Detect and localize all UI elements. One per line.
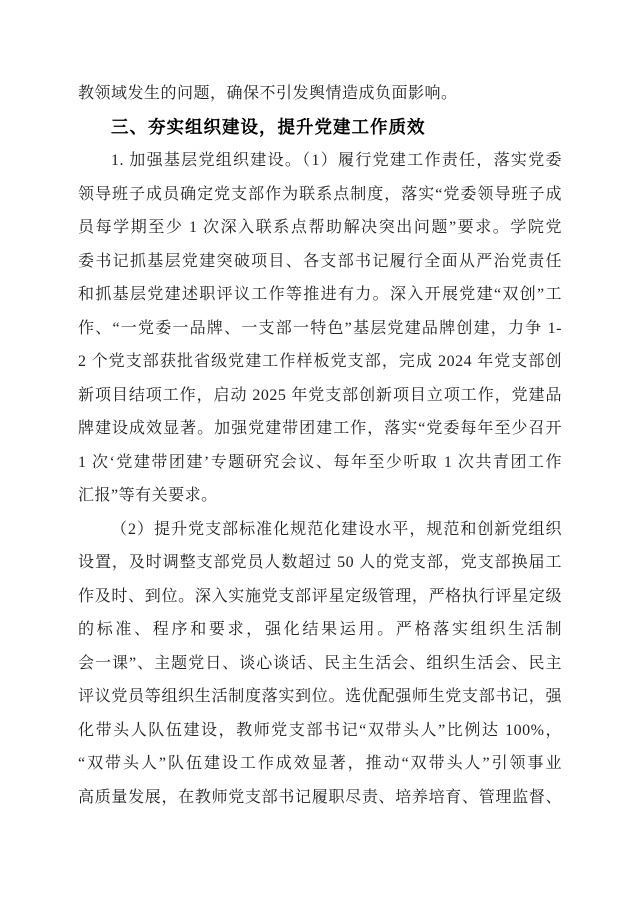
text-line: 化带头人队伍建设，教师党支部书记“双带头人”比例达 100%， [78,714,562,748]
section-heading: 三、夯实组织建设，提升党建工作质效 [78,111,562,145]
text-line: 作及时、到位。深入实施党支部评星定级管理，严格执行评星定级 [78,580,562,614]
text-line: 牌建设成效显著。加强党建带团建工作，落实“党委每年至少召开 [78,412,562,446]
text-line: 2 个党支部获批省级党建工作样板党支部，完成 2024 年党支部创 [78,345,562,379]
text-line: 的标准、程序和要求，强化结果运用。严格落实组织生活制度，“三 [78,613,562,647]
text-line: 领导班子成员确定党支部作为联系点制度，落实“党委领导班子成 [78,178,562,212]
text-line: “双带头人”队伍建设工作成效显著，推动“双带头人”引领事业 [78,747,562,781]
text-line: 评议党员等组织生活制度落实到位。选优配强师生党支部书记，强 [78,680,562,714]
document-text-block: 教领域发生的问题，确保不引发舆情造成负面影响。 三、夯实组织建设，提升党建工作质… [78,77,562,814]
text-line: 1 次‘党建带团建’专题研究会议、每年至少听取 1 次共青团工作 [78,446,562,480]
document-page: 教领域发生的问题，确保不引发舆情造成负面影响。 三、夯实组织建设，提升党建工作质… [0,0,639,905]
paragraph-start-line: （2）提升党支部标准化规范化建设水平，规范和创新党组织 [78,513,562,547]
text-line: 委书记抓基层党建突破项目、各支部书记履行全面从严治党责任 [78,245,562,279]
text-line: 教领域发生的问题，确保不引发舆情造成负面影响。 [78,77,562,111]
paragraph-end-line: 汇报”等有关要求。 [78,479,562,513]
text-line: 会一课”、主题党日、谈心谈话、民主生活会、组织生活会、民主 [78,647,562,681]
text-line: 员每学期至少 1 次深入联系点帮助解决突出问题”要求。学院党 [78,211,562,245]
text-line: 设置，及时调整支部党员人数超过 50 人的党支部，党支部换届工 [78,546,562,580]
paragraph-start-line: 1. 加强基层党组织建设。（1）履行党建工作责任，落实党委 [78,144,562,178]
text-line: 和抓基层党建述职评议工作等推进有力。深入开展党建“双创”工 [78,278,562,312]
text-line: 新项目结项工作，启动 2025 年党支部创新项目立项工作，党建品 [78,379,562,413]
text-line: 高质量发展，在教师党支部书记履职尽责、培养培育、管理监督、 [78,781,562,815]
text-line: 作、“一党委一品牌、一支部一特色”基层党建品牌创建，力争 1- [78,312,562,346]
